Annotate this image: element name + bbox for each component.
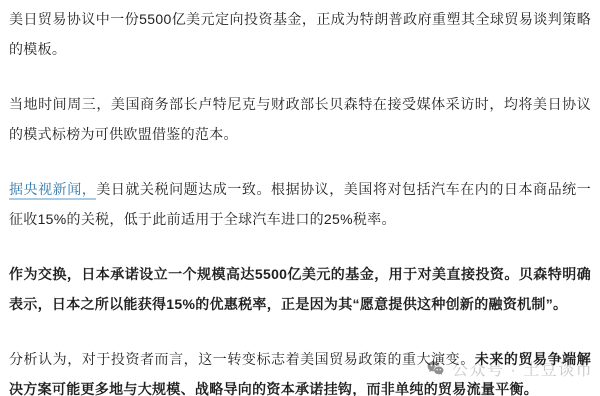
paragraph-fund-commitment: 作为交换，日本承诺设立一个规模高达5500亿美元的基金，用于对美直接投资。贝森特… [9,259,591,319]
paragraph-officials: 当地时间周三，美国商务部长卢特尼克与财政部长贝森特在接受媒体采访时，均将美日协议… [9,89,591,149]
paragraph-analysis: 分析认为，对于投资者而言，这一转变标志着美国贸易政策的重大演变。未来的贸易争端解… [9,344,591,396]
article-page: 公众号 · 土豆谈币 美日贸易协议中一份5500亿美元定向投资基金，正成为特朗普… [0,0,600,396]
paragraph-intro: 美日贸易协议中一份5500亿美元定向投资基金，正成为特朗普政府重塑其全球贸易谈判… [9,4,591,64]
paragraph-text: 当地时间周三，美国商务部长卢特尼克与财政部长贝森特在接受媒体采访时，均将美日协议… [9,96,591,142]
cctv-news-source-link[interactable]: 据央视新闻， [9,181,96,200]
paragraph-text: 美日就关税问题达成一致。根据协议，美国将对包括汽车在内的日本商品统一征收15%的… [9,181,591,227]
paragraph-bold-text: 作为交换，日本承诺设立一个规模高达5500亿美元的基金，用于对美直接投资。贝森特… [9,266,591,312]
paragraph-tariff-deal: 据央视新闻，美日就关税问题达成一致。根据协议，美国将对包括汽车在内的日本商品统一… [9,174,591,234]
paragraph-text: 美日贸易协议中一份5500亿美元定向投资基金，正成为特朗普政府重塑其全球贸易谈判… [9,11,591,57]
paragraph-text: 分析认为，对于投资者而言，这一转变标志着美国贸易政策的重大演变。 [9,351,475,367]
